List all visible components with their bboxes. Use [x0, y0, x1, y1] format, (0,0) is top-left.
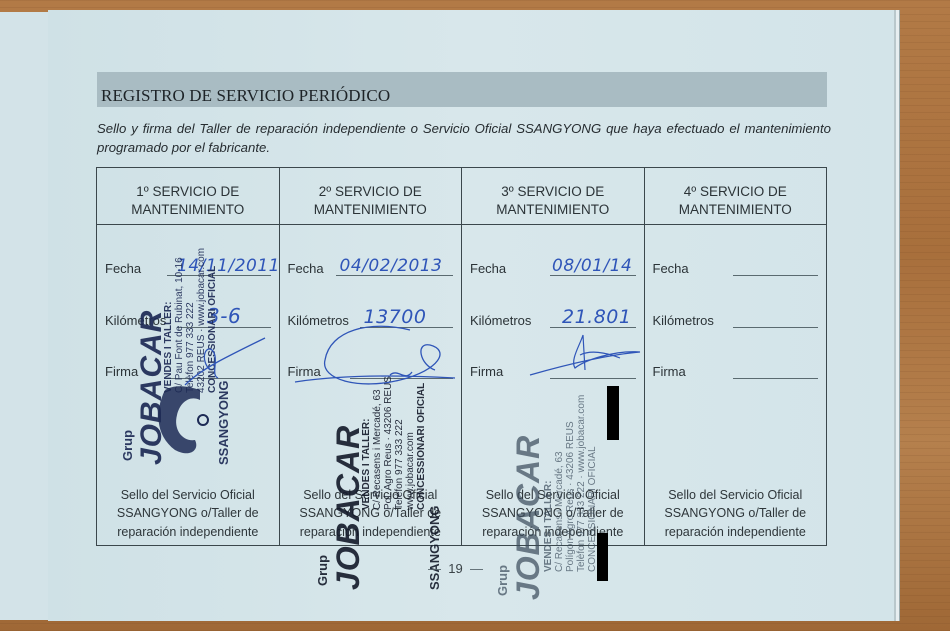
page-number: — 19 — — [428, 561, 483, 576]
header-line: MANTENIMIENTO — [462, 201, 644, 219]
service-header-2: 2º SERVICIO DEMANTENIMIENTO — [279, 168, 462, 225]
service-header-3: 3º SERVICIO DEMANTENIMIENTO — [462, 168, 645, 225]
fecha-field: Fecha 04/02/2013 — [288, 258, 454, 278]
kilometros-value: 3-6 — [207, 304, 241, 328]
header-line: MANTENIMIENTO — [280, 201, 462, 219]
fecha-field[interactable]: Fecha — [653, 258, 819, 278]
fecha-line — [733, 275, 819, 276]
service-cell-3: Fecha 08/01/14 Kilómetros 21.801 Firma S… — [462, 225, 645, 546]
firma-field: Firma — [288, 361, 454, 381]
firma-label: Firma — [653, 364, 686, 379]
firma-field: Firma — [105, 361, 271, 381]
kilometros-label: Kilómetros — [653, 313, 714, 328]
kilometros-value: 21.801 — [562, 306, 631, 328]
sello-line: reparación independiente — [97, 523, 279, 542]
kilometros-line — [733, 327, 819, 328]
sello-line: reparación independiente — [280, 523, 462, 542]
sello-line: SSANGYONG o/Taller de — [462, 504, 644, 523]
sello-line: Sello del Servicio Oficial — [645, 486, 827, 505]
service-cell-1: Fecha 14/11/2011 Kilómetros 3-6 Firma Se… — [97, 225, 280, 546]
sello-line: Sello del Servicio Oficial — [462, 486, 644, 505]
kilometros-field[interactable]: Kilómetros — [653, 310, 819, 330]
header-line: MANTENIMIENTO — [97, 201, 279, 219]
intro-text: Sello y firma del Taller de reparación i… — [97, 119, 831, 157]
body-row: Fecha 14/11/2011 Kilómetros 3-6 Firma Se… — [97, 225, 827, 546]
firma-field: Firma — [470, 361, 636, 381]
fecha-value: 08/01/14 — [552, 256, 632, 276]
sello-line: Sello del Servicio Oficial — [280, 486, 462, 505]
fecha-label: Fecha — [470, 261, 506, 276]
kilometros-label: Kilómetros — [288, 313, 349, 328]
firma-line — [167, 378, 271, 379]
firma-field[interactable]: Firma — [653, 361, 819, 381]
firma-line — [550, 378, 636, 379]
redaction-mark — [607, 386, 619, 440]
sello-line: reparación independiente — [645, 523, 827, 542]
header-line: 4º SERVICIO DE — [645, 183, 827, 201]
firma-label: Firma — [288, 364, 321, 379]
page-dash: — — [428, 561, 441, 576]
kilometros-label: Kilómetros — [105, 313, 166, 328]
header-line: MANTENIMIENTO — [645, 201, 827, 219]
left-page — [0, 12, 49, 620]
service-header-4: 4º SERVICIO DEMANTENIMIENTO — [644, 168, 827, 225]
fecha-field: Fecha 08/01/14 — [470, 258, 636, 278]
sello-caption: Sello del Servicio Oficial SSANGYONG o/T… — [462, 486, 644, 542]
sello-line: SSANGYONG o/Taller de — [280, 504, 462, 523]
page-dash: — — [470, 561, 483, 576]
redaction-mark — [597, 533, 608, 581]
fecha-label: Fecha — [288, 261, 324, 276]
fecha-label: Fecha — [105, 261, 141, 276]
sello-line: SSANGYONG o/Taller de — [645, 504, 827, 523]
firma-label: Firma — [105, 364, 138, 379]
fecha-label: Fecha — [653, 261, 689, 276]
kilometros-field: Kilómetros 21.801 — [470, 310, 636, 330]
fecha-value: 14/11/2011 — [177, 256, 280, 276]
sello-line: reparación independiente — [462, 523, 644, 542]
firma-label: Firma — [470, 364, 503, 379]
kilometros-value: 13700 — [364, 306, 427, 328]
fecha-field: Fecha 14/11/2011 — [105, 258, 271, 278]
header-line: 1º SERVICIO DE — [97, 183, 279, 201]
sello-caption: Sello del Servicio Oficial SSANGYONG o/T… — [97, 486, 279, 542]
header-row: 1º SERVICIO DEMANTENIMIENTO 2º SERVICIO … — [97, 168, 827, 225]
kilometros-field: Kilómetros 3-6 — [105, 310, 271, 330]
kilometros-field: Kilómetros 13700 — [288, 310, 454, 330]
kilometros-label: Kilómetros — [470, 313, 531, 328]
service-cell-2: Fecha 04/02/2013 Kilómetros 13700 Firma … — [279, 225, 462, 546]
sello-line: Sello del Servicio Oficial — [97, 486, 279, 505]
service-header-1: 1º SERVICIO DEMANTENIMIENTO — [97, 168, 280, 225]
fecha-value: 04/02/2013 — [340, 256, 443, 276]
page-number-value: 19 — [448, 561, 462, 576]
sello-line: SSANGYONG o/Taller de — [97, 504, 279, 523]
service-register-table: 1º SERVICIO DEMANTENIMIENTO 2º SERVICIO … — [96, 167, 827, 546]
header-line: 3º SERVICIO DE — [462, 183, 644, 201]
sello-caption: Sello del Servicio Oficial SSANGYONG o/T… — [645, 486, 827, 542]
firma-line — [733, 378, 819, 379]
header-line: 2º SERVICIO DE — [280, 183, 462, 201]
sello-caption: Sello del Servicio Oficial SSANGYONG o/T… — [280, 486, 462, 542]
page-title: REGISTRO DE SERVICIO PERIÓDICO — [101, 86, 390, 106]
service-cell-4: Fecha Kilómetros Firma Sello del Servici… — [644, 225, 827, 546]
firma-line — [350, 378, 454, 379]
